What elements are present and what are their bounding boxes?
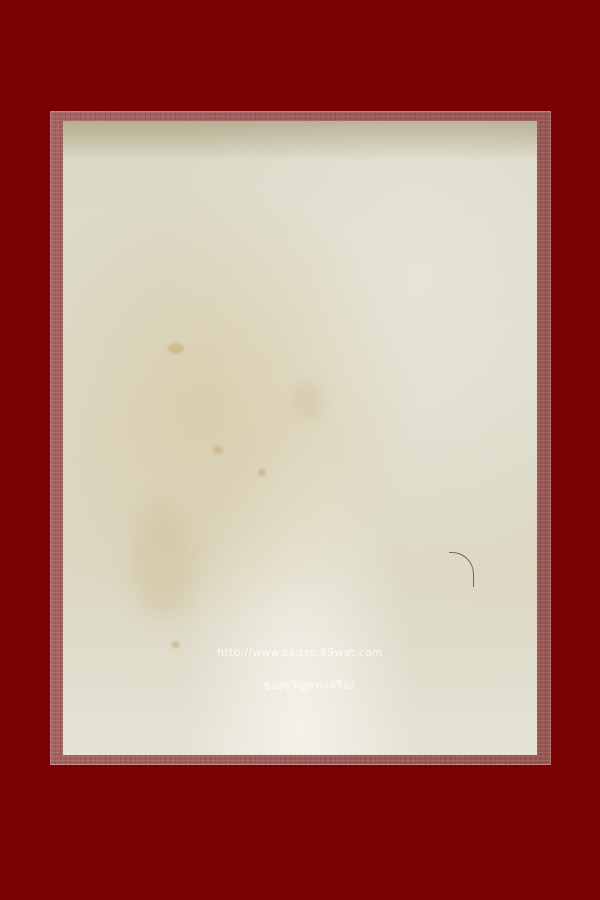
stain-spot [213, 446, 223, 454]
stain-spot [293, 381, 323, 421]
stain-spot [258, 469, 266, 476]
amulet-card [50, 111, 551, 765]
stain-spot [133, 501, 193, 621]
watermark-url: http://www.sadao.99wat.com [0, 646, 600, 659]
card-face [63, 121, 537, 755]
watermark-thai-text: ของขวัญพระเครื่อง [0, 676, 600, 694]
stain-spot [168, 343, 184, 354]
